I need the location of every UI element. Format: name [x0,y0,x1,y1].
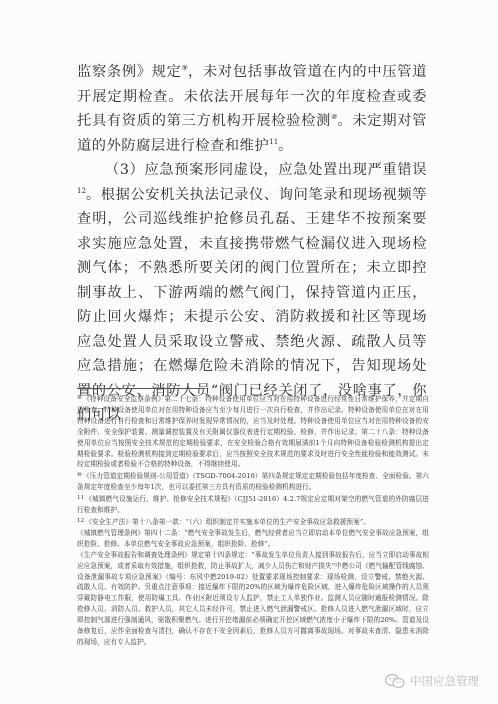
watermark: 中国应急管理 [384,673,479,689]
footnote-mark: ⑩ [77,472,82,478]
footnote-mark: ⑨ [77,395,82,401]
footnote: 12《安全生产法》第十八条第一款：“（六）组织制定并实施本单位的生产安全事故应急… [77,516,429,528]
footnotes: ⑨《特种设备安全监察条例》第二十七条：特种设备使用单位应当对在用特种设备进行经常… [77,393,429,648]
footnote: 《城镇燃气管理条例》第四十二条：“燃气安全事故发生后，燃气经营者应当立即启动本单… [77,528,429,550]
wechat-icon [384,673,406,689]
body-paragraph: 监察条例》规定⑨，未对包括事故管道在内的中压管道开展定期检查。未依法开展每年一次… [77,60,427,158]
footnote-reference[interactable]: 12 [77,187,86,195]
watermark-text: 中国应急管理 [410,673,479,689]
footnote-reference[interactable]: 11 [269,138,278,146]
footnote-separator [77,388,205,389]
footnote: 《生产安全事故报告和调查处理条例》规定第十四条规定：“事故发生单位负责人接到事故… [77,550,429,648]
footnote-mark: 12 [77,518,84,524]
body-text: 监察条例》规定⑨，未对包括事故管道在内的中压管道开展定期检查。未依法开展每年一次… [77,60,427,428]
footnote: 11《城镇燃气设施运行、维护、抢修安全技术规程》（CJJ51-2016）4.2.… [77,493,429,516]
footnote-mark: 11 [77,495,84,501]
footnote-reference[interactable]: ⑨ [182,64,188,72]
footnote-reference[interactable]: ⑩ [331,113,337,121]
footnote: ⑩《压力管道定期检验规则-公用管道》（TSGD-7004-2010）第四条规定规… [77,470,429,493]
footnote: ⑨《特种设备安全监察条例》第二十七条：特种设备使用单位应当对在用特种设备进行经常… [77,393,429,470]
document-page: 监察条例》规定⑨，未对包括事故管道在内的中压管道开展定期检查。未依法开展每年一次… [0,0,498,704]
